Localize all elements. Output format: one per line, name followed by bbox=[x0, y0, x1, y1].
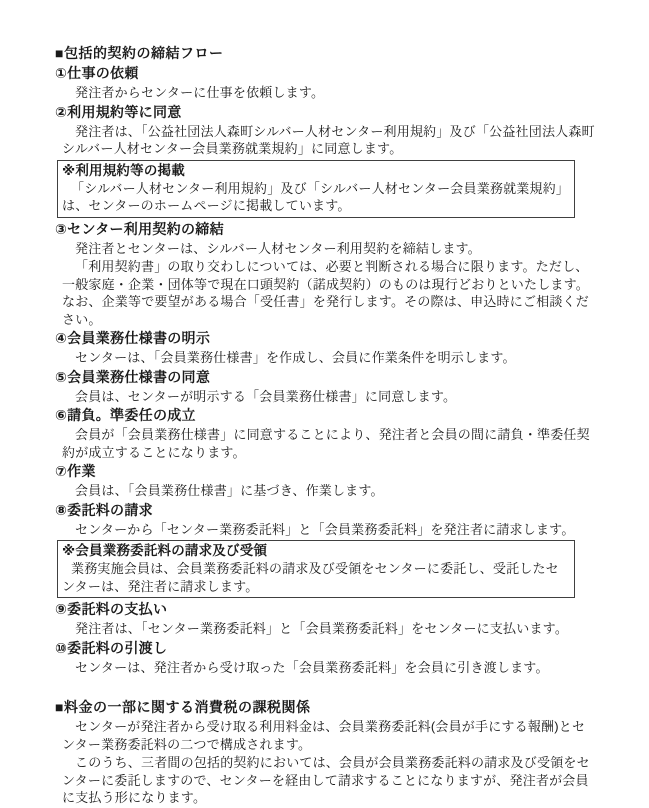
step-heading-5: ⑤会員業務仕様書の同意 bbox=[55, 368, 595, 387]
step-heading-1: ①仕事の依頼 bbox=[55, 64, 595, 83]
notice-box-terms: ※利用規約等の掲載 「シルバー人材センター利用規約」及び「シルバー人材センター会… bbox=[57, 160, 575, 218]
step-heading-8: ⑧委託料の請求 bbox=[55, 501, 595, 520]
notice-box-body: 業務実施会員は、会員業務委託料の請求及び受領をセンターに委託し、受託したセンター… bbox=[62, 560, 568, 595]
step-paragraph: 発注者は、「公益社団法人森町シルバー人材センター利用規約」及び「公益社団法人森町… bbox=[62, 123, 595, 158]
step-paragraph: 会員が「会員業務仕様書」に同意することにより、発注者と会員の間に請負・準委任契約… bbox=[62, 426, 595, 461]
notice-box-title: ※利用規約等の掲載 bbox=[62, 162, 568, 180]
step-paragraph: 「利用契約書」の取り交わしについては、必要と判断される場合に限ります。ただし、一… bbox=[62, 258, 595, 328]
step-paragraph: 会員は、センターが明示する「会員業務仕様書」に同意します。 bbox=[62, 388, 595, 406]
notice-box-body: 「シルバー人材センター利用規約」及び「シルバー人材センター会員業務就業規約」は、… bbox=[62, 180, 568, 215]
step-paragraph: 会員は、「会員業務仕様書」に基づき、作業します。 bbox=[62, 482, 595, 500]
step-heading-6: ⑥請負。準委任の成立 bbox=[55, 406, 595, 425]
step-paragraph: 発注者とセンターは、シルバー人材センター利用契約を締結します。 bbox=[62, 240, 595, 258]
flow-section-title: ■包括的契約の締結フロー bbox=[55, 44, 595, 63]
step-paragraph: センターは、発注者から受け取った「会員業務委託料」を会員に引き渡します。 bbox=[62, 659, 595, 677]
notice-box-title: ※会員業務委託料の請求及び受領 bbox=[62, 542, 568, 560]
step-heading-9: ⑨委託料の支払い bbox=[55, 600, 595, 619]
step-paragraph: センターから「センター業務委託料」と「会員業務委託料」を発注者に請求します。 bbox=[62, 521, 595, 539]
tax-section-title: ■料金の一部に関する消費税の課税関係 bbox=[55, 698, 595, 717]
step-heading-3: ③センター利用契約の締結 bbox=[55, 220, 595, 239]
document-page: ■包括的契約の締結フロー ①仕事の依頼 発注者からセンターに仕事を依頼します。 … bbox=[0, 0, 649, 808]
notice-box-fees: ※会員業務委託料の請求及び受領 業務実施会員は、会員業務委託料の請求及び受領をセ… bbox=[57, 540, 575, 598]
step-heading-2: ②利用規約等に同意 bbox=[55, 103, 595, 122]
step-paragraph: 発注者は、「センター業務委託料」と「会員業務委託料」をセンターに支払います。 bbox=[62, 620, 595, 638]
step-heading-10: ⑩委託料の引渡し bbox=[55, 639, 595, 658]
step-paragraph: 発注者からセンターに仕事を依頼します。 bbox=[62, 84, 595, 102]
step-heading-7: ⑦作業 bbox=[55, 462, 595, 481]
step-paragraph: センターは、「会員業務仕様書」を作成し、会員に作業条件を明示します。 bbox=[62, 349, 595, 367]
tax-paragraph: このうち、三者間の包括的契約においては、会員が会員業務委託料の請求及び受領をセン… bbox=[62, 754, 595, 807]
tax-paragraph: センターが発注者から受け取る利用料金は、会員業務委託料(会員が手にする報酬)とセ… bbox=[62, 718, 595, 753]
step-heading-4: ④会員業務仕様書の明示 bbox=[55, 329, 595, 348]
